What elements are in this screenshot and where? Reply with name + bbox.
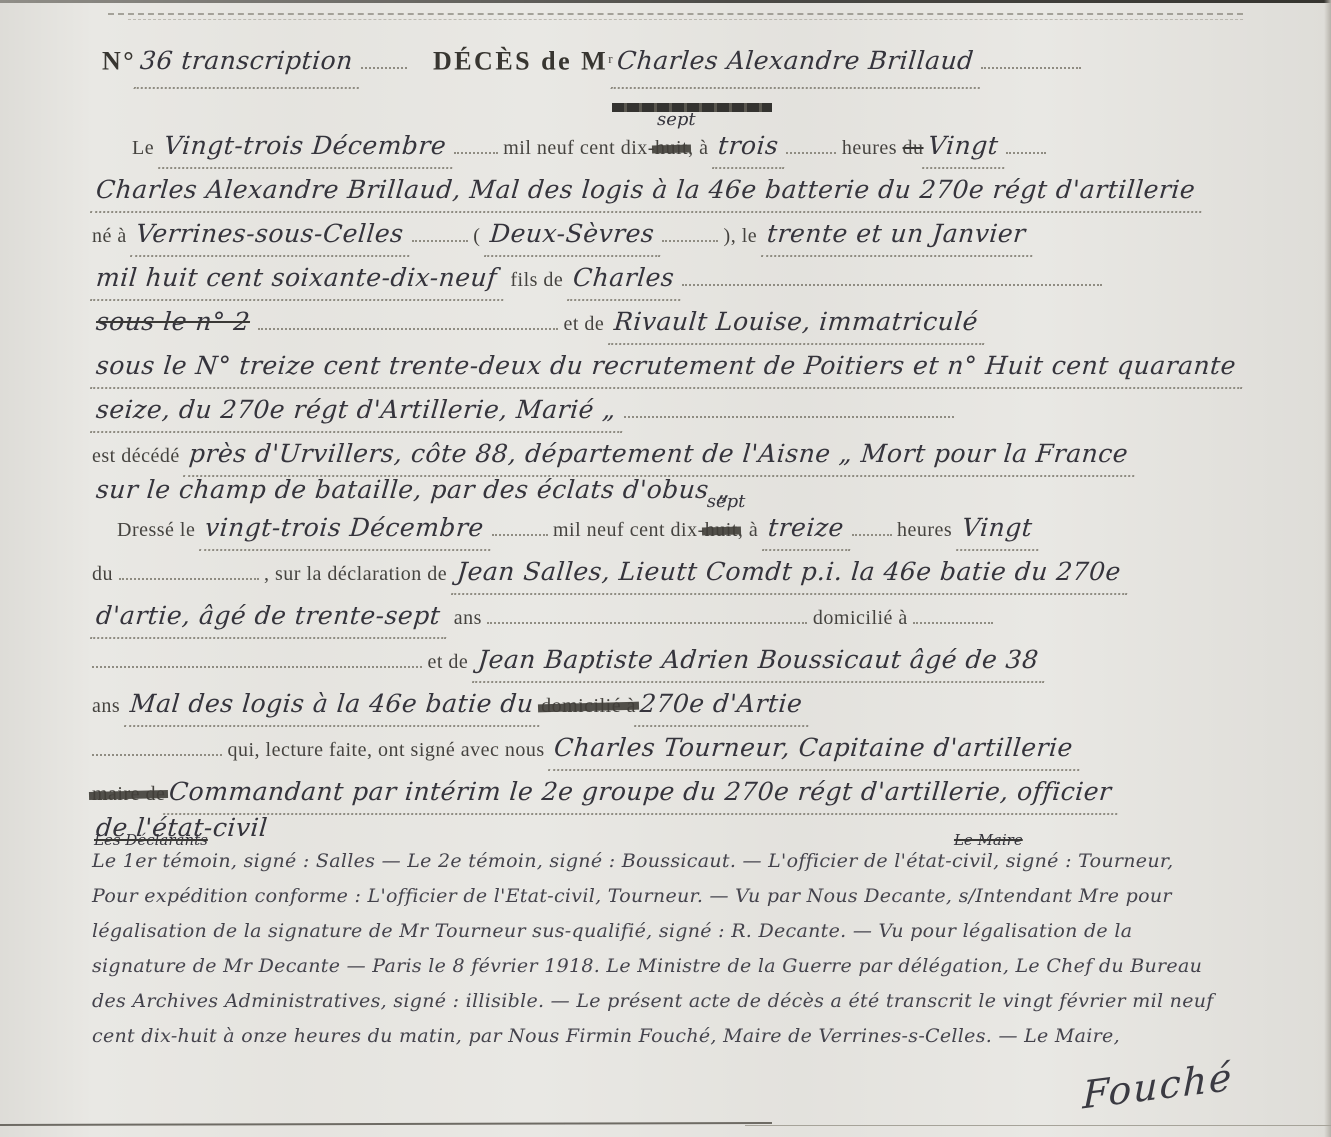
- handwritten-entry: Rivault Louise, immatriculé: [608, 302, 988, 345]
- handwritten-entry: des Archives Administratives, signé : il…: [92, 990, 1214, 1012]
- handwritten-entry: Commandant par intérim le 2e groupe du 2…: [164, 772, 1122, 815]
- handwritten-entry: treize: [762, 508, 854, 551]
- document-line: des Archives Administratives, signé : il…: [92, 986, 1271, 1021]
- document-line: Le Vingt-trois Décembre mil neuf cent di…: [92, 126, 1271, 170]
- printed-form-text: du: [92, 563, 119, 585]
- document-line: cent dix-huit à onze heures du matin, pa…: [92, 1021, 1271, 1056]
- blank-dotted-rule: [682, 268, 1102, 286]
- document-line: né à Verrines-sous-Celles ( Deux-Sèvres …: [92, 214, 1271, 258]
- blank-dotted-rule: [913, 606, 993, 624]
- page-bottom-edge-2: [745, 1125, 1331, 1126]
- handwritten-entry: civil, signé : Tourneur,: [952, 850, 1174, 872]
- handwritten-entry: 36 transcription: [134, 36, 363, 89]
- blank-dotted-rule: [786, 136, 836, 154]
- document-line: N°36 transcriptionDÉCÈS de MrCharles Ale…: [92, 34, 1271, 92]
- handwritten-entry: Le 2e témoin, signé : Boussicaut. — L'of…: [401, 850, 952, 872]
- printed-form-text: est décédé: [92, 445, 185, 467]
- handwritten-entry: Verrines-sous-Celles: [130, 214, 413, 257]
- handwritten-entry: légalisation de la signature de Mr Tourn…: [92, 920, 1132, 942]
- handwritten-entry: Jean Baptiste Adrien Boussicaut âgé de 3…: [472, 640, 1048, 683]
- blank-dotted-rule: [624, 400, 954, 418]
- blank-dotted-rule: [852, 518, 892, 536]
- handwritten-entry: Charles: [567, 258, 684, 301]
- handwritten-entry: mil huit cent soixante-dix-neuf: [90, 258, 507, 301]
- handwritten-entry: Jean Salles, Lieutt Comdt p.i. la 46e ba…: [451, 552, 1130, 595]
- document-line: sous le n° 2 et de Rivault Louise, immat…: [92, 302, 1271, 346]
- printed-form-text: fils de: [505, 269, 569, 291]
- document-line: Charles Alexandre Brillaud, Mal des logi…: [92, 170, 1271, 214]
- blank-dotted-rule: [662, 224, 718, 242]
- blank-dotted-rule: [92, 738, 222, 756]
- printed-form-text: et de: [558, 313, 610, 335]
- correction-above: sept: [657, 111, 696, 129]
- correction-above: sept: [707, 493, 746, 511]
- printed-form-text: et de: [422, 651, 474, 673]
- printed-form-text: Le: [132, 137, 160, 159]
- correction: huitsept: [655, 128, 688, 169]
- handwritten-entry: sur le champ de bataille, par des éclats…: [91, 478, 740, 503]
- blank-dotted-rule: [492, 518, 548, 536]
- document-line: sous le N° treize cent trente-deux du re…: [92, 346, 1271, 390]
- handwritten-entry: Charles Alexandre Brillaud, Mal des logi…: [90, 170, 1205, 213]
- printed-form-text: , à: [688, 137, 714, 159]
- correction: huitsept: [705, 510, 738, 551]
- printed-form-text: heures: [892, 519, 958, 541]
- handwritten-entry: Vingt: [922, 126, 1008, 169]
- printed-form-text: ans: [448, 607, 487, 629]
- printed-form-text: , à: [738, 519, 764, 541]
- printed-form-text: qui, lecture faite, ont signé avec nous: [222, 739, 550, 761]
- handwritten-entry: près d'Urvillers, côte 88, département d…: [183, 434, 1138, 477]
- document-line: maire deCommandant par intérim le 2e gro…: [92, 772, 1271, 816]
- document-line: et de Jean Baptiste Adrien Boussicaut âg…: [92, 640, 1271, 684]
- document-line: qui, lecture faite, ont signé avec nous …: [92, 728, 1271, 772]
- handwritten-entry: Le 1er témoin, signé : Salles —: [92, 850, 401, 872]
- handwritten-entry: Vingt: [956, 508, 1042, 551]
- handwritten-entry: Deux-Sèvres: [484, 214, 664, 257]
- blank-dotted-rule: [487, 606, 807, 624]
- printed-form-text: heures: [836, 137, 902, 159]
- handwritten-entry: cent dix-huit à onze heures du matin, pa…: [92, 1025, 1120, 1047]
- blank-dotted-rule: [92, 650, 422, 668]
- printed-form-text: Dressé le: [117, 519, 201, 541]
- document-line: signature de Mr Decante — Paris le 8 fév…: [92, 951, 1271, 986]
- printed-form-text: (: [468, 225, 486, 247]
- handwritten-entry: Charles Tourneur, Capitaine d'artillerie: [548, 728, 1082, 771]
- document-line: seize, du 270e régt d'Artillerie, Marié …: [92, 390, 1271, 434]
- handwritten-entry: vingt-trois Décembre: [199, 508, 493, 551]
- struck-original-text: huit: [705, 510, 738, 550]
- struck-handwritten-text: sous le n° 2: [90, 302, 260, 343]
- death-certificate-scan: N°36 transcriptionDÉCÈS de MrCharles Ale…: [0, 0, 1331, 1137]
- handwritten-entry: trois: [712, 126, 788, 169]
- printed-form-text: DÉCÈS de M: [433, 46, 608, 75]
- document-line: Pour expédition conforme : L'officier de…: [92, 881, 1271, 916]
- document-line: d'artie, âgé de trente-sept ans domicili…: [92, 596, 1271, 640]
- handwritten-entry: d'artie, âgé de trente-sept: [90, 596, 450, 639]
- printed-form-text: domicilié à: [807, 607, 913, 629]
- handwritten-entry: Mal des logis à la 46e batie du: [124, 684, 543, 727]
- blank-dotted-rule: [454, 136, 498, 154]
- mayor-signature: Fouché: [1082, 1046, 1234, 1125]
- document-line: du , sur la déclaration de Jean Salles, …: [92, 552, 1271, 596]
- blank-dotted-rule: [258, 312, 558, 330]
- handwritten-entry: seize, du 270e régt d'Artillerie, Marié …: [90, 390, 625, 433]
- struck-annotation-above: Les Déclarants: [94, 833, 208, 848]
- handwritten-entry: trente et un Janvier: [761, 214, 1035, 257]
- printed-form-text: ), le: [718, 225, 763, 247]
- blank-dotted-rule: [361, 51, 407, 69]
- struck-original-text: huit: [655, 128, 688, 168]
- document-line: ans Mal des logis à la 46e batie dudomic…: [92, 684, 1271, 728]
- blank-dotted-rule: [1006, 136, 1046, 154]
- document-line: Le 1er témoin, signé : Salles —Les Décla…: [92, 846, 1271, 881]
- printed-form-text: mil neuf cent dix-: [498, 137, 655, 159]
- handwritten-entry: 270e d'Artie: [634, 684, 812, 727]
- document-line: Dressé le vingt-trois Décembre mil neuf …: [92, 508, 1271, 552]
- correction: Le 1er témoin, signé : Salles —Les Décla…: [92, 846, 401, 877]
- document-line: sur le champ de bataille, par des éclats…: [92, 478, 1271, 508]
- document-line: légalisation de la signature de Mr Tourn…: [92, 916, 1271, 951]
- handwritten-entry: sous le N° treize cent trente-deux du re…: [90, 346, 1246, 389]
- handwritten-entry: Pour expédition conforme : L'officier de…: [92, 885, 1172, 907]
- document-line: de l'état-civil: [92, 816, 1271, 846]
- struck-printed-text: du: [903, 137, 924, 159]
- handwritten-entry: Vingt-trois Décembre: [158, 126, 456, 169]
- struck-annotation-above: Le Maire: [954, 833, 1023, 848]
- correction: civil, signé : Tourneur,Le Maire: [952, 846, 1174, 877]
- handwritten-entry: signature de Mr Decante — Paris le 8 fév…: [92, 955, 1202, 977]
- blank-dotted-rule: [119, 562, 259, 580]
- printed-form-text: né à: [92, 225, 132, 247]
- document-lines: N°36 transcriptionDÉCÈS de MrCharles Ale…: [0, 0, 1331, 1136]
- blank-dotted-rule: [981, 51, 1081, 69]
- printed-form-text: N°: [102, 46, 136, 75]
- document-line: mil huit cent soixante-dix-neuf fils de …: [92, 258, 1271, 302]
- printed-form-text: ans: [92, 695, 126, 717]
- blank-dotted-rule: [412, 224, 468, 242]
- struck-printed-text: domicilié à: [541, 686, 636, 726]
- printed-form-text: mil neuf cent dix-: [548, 519, 705, 541]
- struck-printed-text: maire de: [92, 774, 165, 814]
- document-line: est décédé près d'Urvillers, côte 88, dé…: [92, 434, 1271, 478]
- printed-form-text: , sur la déclaration de: [259, 563, 453, 585]
- handwritten-entry: Charles Alexandre Brillaud: [610, 36, 983, 89]
